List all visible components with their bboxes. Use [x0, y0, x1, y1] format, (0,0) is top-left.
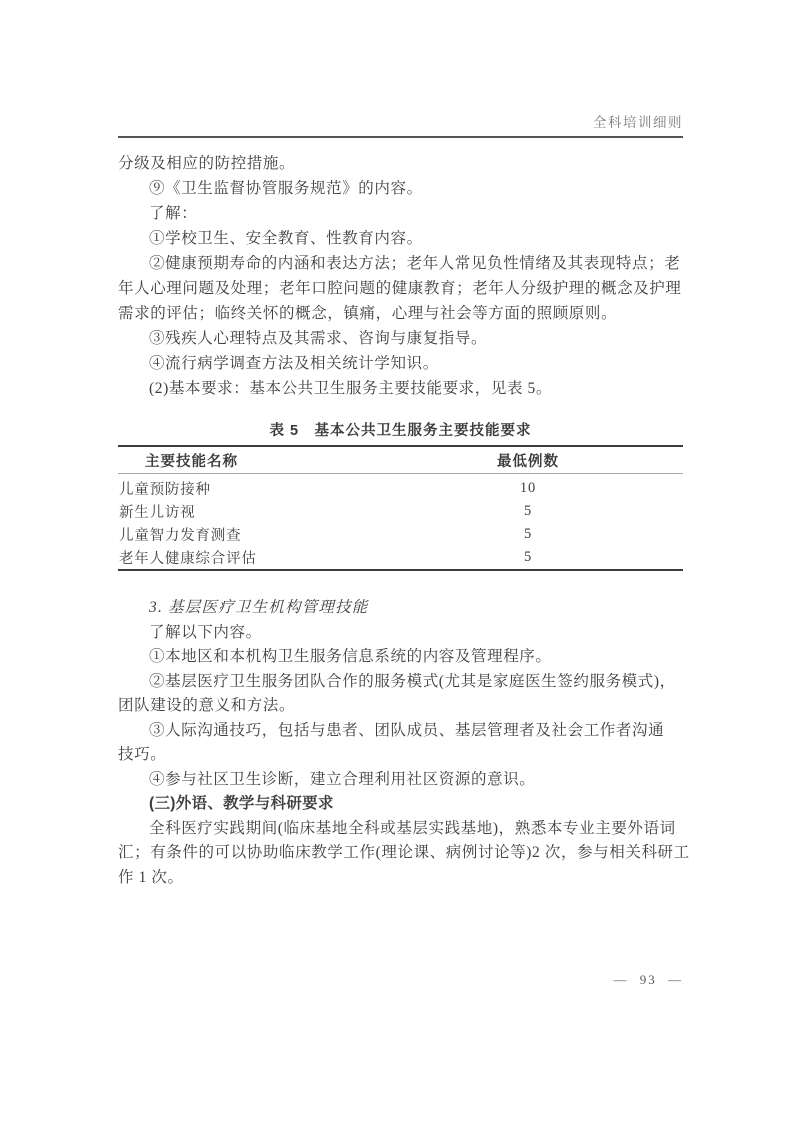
text-line: 需求的评估；临终关怀的概念，镇痛，心理与社会等方面的照顾原则。 — [118, 301, 684, 326]
text-line: ①学校卫生、安全教育、性教育内容。 — [118, 226, 684, 251]
header-rule — [118, 136, 683, 138]
column-header-skill-name: 主要技能名称 — [118, 446, 373, 474]
paragraph-block-management-skills: 3. 基层医疗卫生机构管理技能了解以下内容。①本地区和本机构卫生服务信息系统的内… — [118, 596, 684, 890]
text-line: ③人际沟通技巧，包括与患者、团队成员、基层管理者及社会工作者沟通 — [118, 719, 684, 744]
table-row: 老年人健康综合评估5 — [118, 546, 683, 570]
section-heading: (三)外语、教学与科研要求 — [118, 792, 684, 817]
cell-min-cases: 5 — [373, 500, 683, 523]
text-line: 汇；有条件的可以协助临床教学工作(理论课、病例讨论等)2 次，参与相关科研工 — [118, 841, 684, 866]
paragraph-block-public-health: 分级及相应的防控措施。⑨《卫生监督协管服务规范》的内容。了解：①学校卫生、安全教… — [118, 151, 684, 401]
cell-skill-name: 老年人健康综合评估 — [118, 546, 373, 570]
cell-min-cases: 5 — [373, 546, 683, 570]
table-title: 表 5 基本公共卫生服务主要技能要求 — [118, 419, 683, 440]
table-row: 儿童预防接种10 — [118, 474, 683, 501]
text-line: ④流行病学调查方法及相关统计学知识。 — [118, 351, 684, 376]
text-line: 技巧。 — [118, 743, 684, 768]
text-line: ⑨《卫生监督协管服务规范》的内容。 — [118, 176, 684, 201]
document-page: 全科培训细则 分级及相应的防控措施。⑨《卫生监督协管服务规范》的内容。了解：①学… — [0, 0, 800, 1131]
text-line: 了解： — [118, 201, 684, 226]
skills-table-body: 儿童预防接种10新生儿访视5儿童智力发育测查5老年人健康综合评估5 — [118, 474, 683, 571]
skills-table: 主要技能名称 最低例数 儿童预防接种10新生儿访视5儿童智力发育测查5老年人健康… — [118, 445, 683, 571]
cell-skill-name: 儿童智力发育测查 — [118, 523, 373, 546]
text-line: ①本地区和本机构卫生服务信息系统的内容及管理程序。 — [118, 645, 684, 670]
table-row: 儿童智力发育测查5 — [118, 523, 683, 546]
table-row: 新生儿访视5 — [118, 500, 683, 523]
text-line: 年人心理问题及处理；老年口腔问题的健康教育；老年人分级护理的概念及护理 — [118, 276, 684, 301]
text-line: 全科医疗实践期间(临床基地全科或基层实践基地)，熟悉本专业主要外语词 — [118, 817, 684, 842]
table-header-row: 主要技能名称 最低例数 — [118, 446, 683, 474]
text-line: ③残疾人心理特点及其需求、咨询与康复指导。 — [118, 326, 684, 351]
text-line: 团队建设的意义和方法。 — [118, 694, 684, 719]
running-head-title: 全科培训细则 — [118, 111, 683, 131]
page-number: — 93 — — [118, 972, 691, 988]
text-line: ②健康预期寿命的内涵和表达方法；老年人常见负性情绪及其表现特点；老 — [118, 251, 684, 276]
text-line: 作 1 次。 — [118, 866, 684, 891]
cell-skill-name: 儿童预防接种 — [118, 474, 373, 501]
text-line: 了解以下内容。 — [118, 621, 684, 646]
text-line: 3. 基层医疗卫生机构管理技能 — [118, 596, 684, 621]
cell-skill-name: 新生儿访视 — [118, 500, 373, 523]
text-line: 分级及相应的防控措施。 — [118, 151, 684, 176]
cell-min-cases: 5 — [373, 523, 683, 546]
text-line: ④参与社区卫生诊断，建立合理利用社区资源的意识。 — [118, 768, 684, 793]
skills-table-header: 主要技能名称 最低例数 — [118, 446, 683, 474]
column-header-min-cases: 最低例数 — [373, 446, 683, 474]
text-line: ②基层医疗卫生服务团队合作的服务模式(尤其是家庭医生签约服务模式)， — [118, 670, 684, 695]
cell-min-cases: 10 — [373, 474, 683, 501]
text-line: (2)基本要求：基本公共卫生服务主要技能要求，见表 5。 — [118, 376, 684, 401]
